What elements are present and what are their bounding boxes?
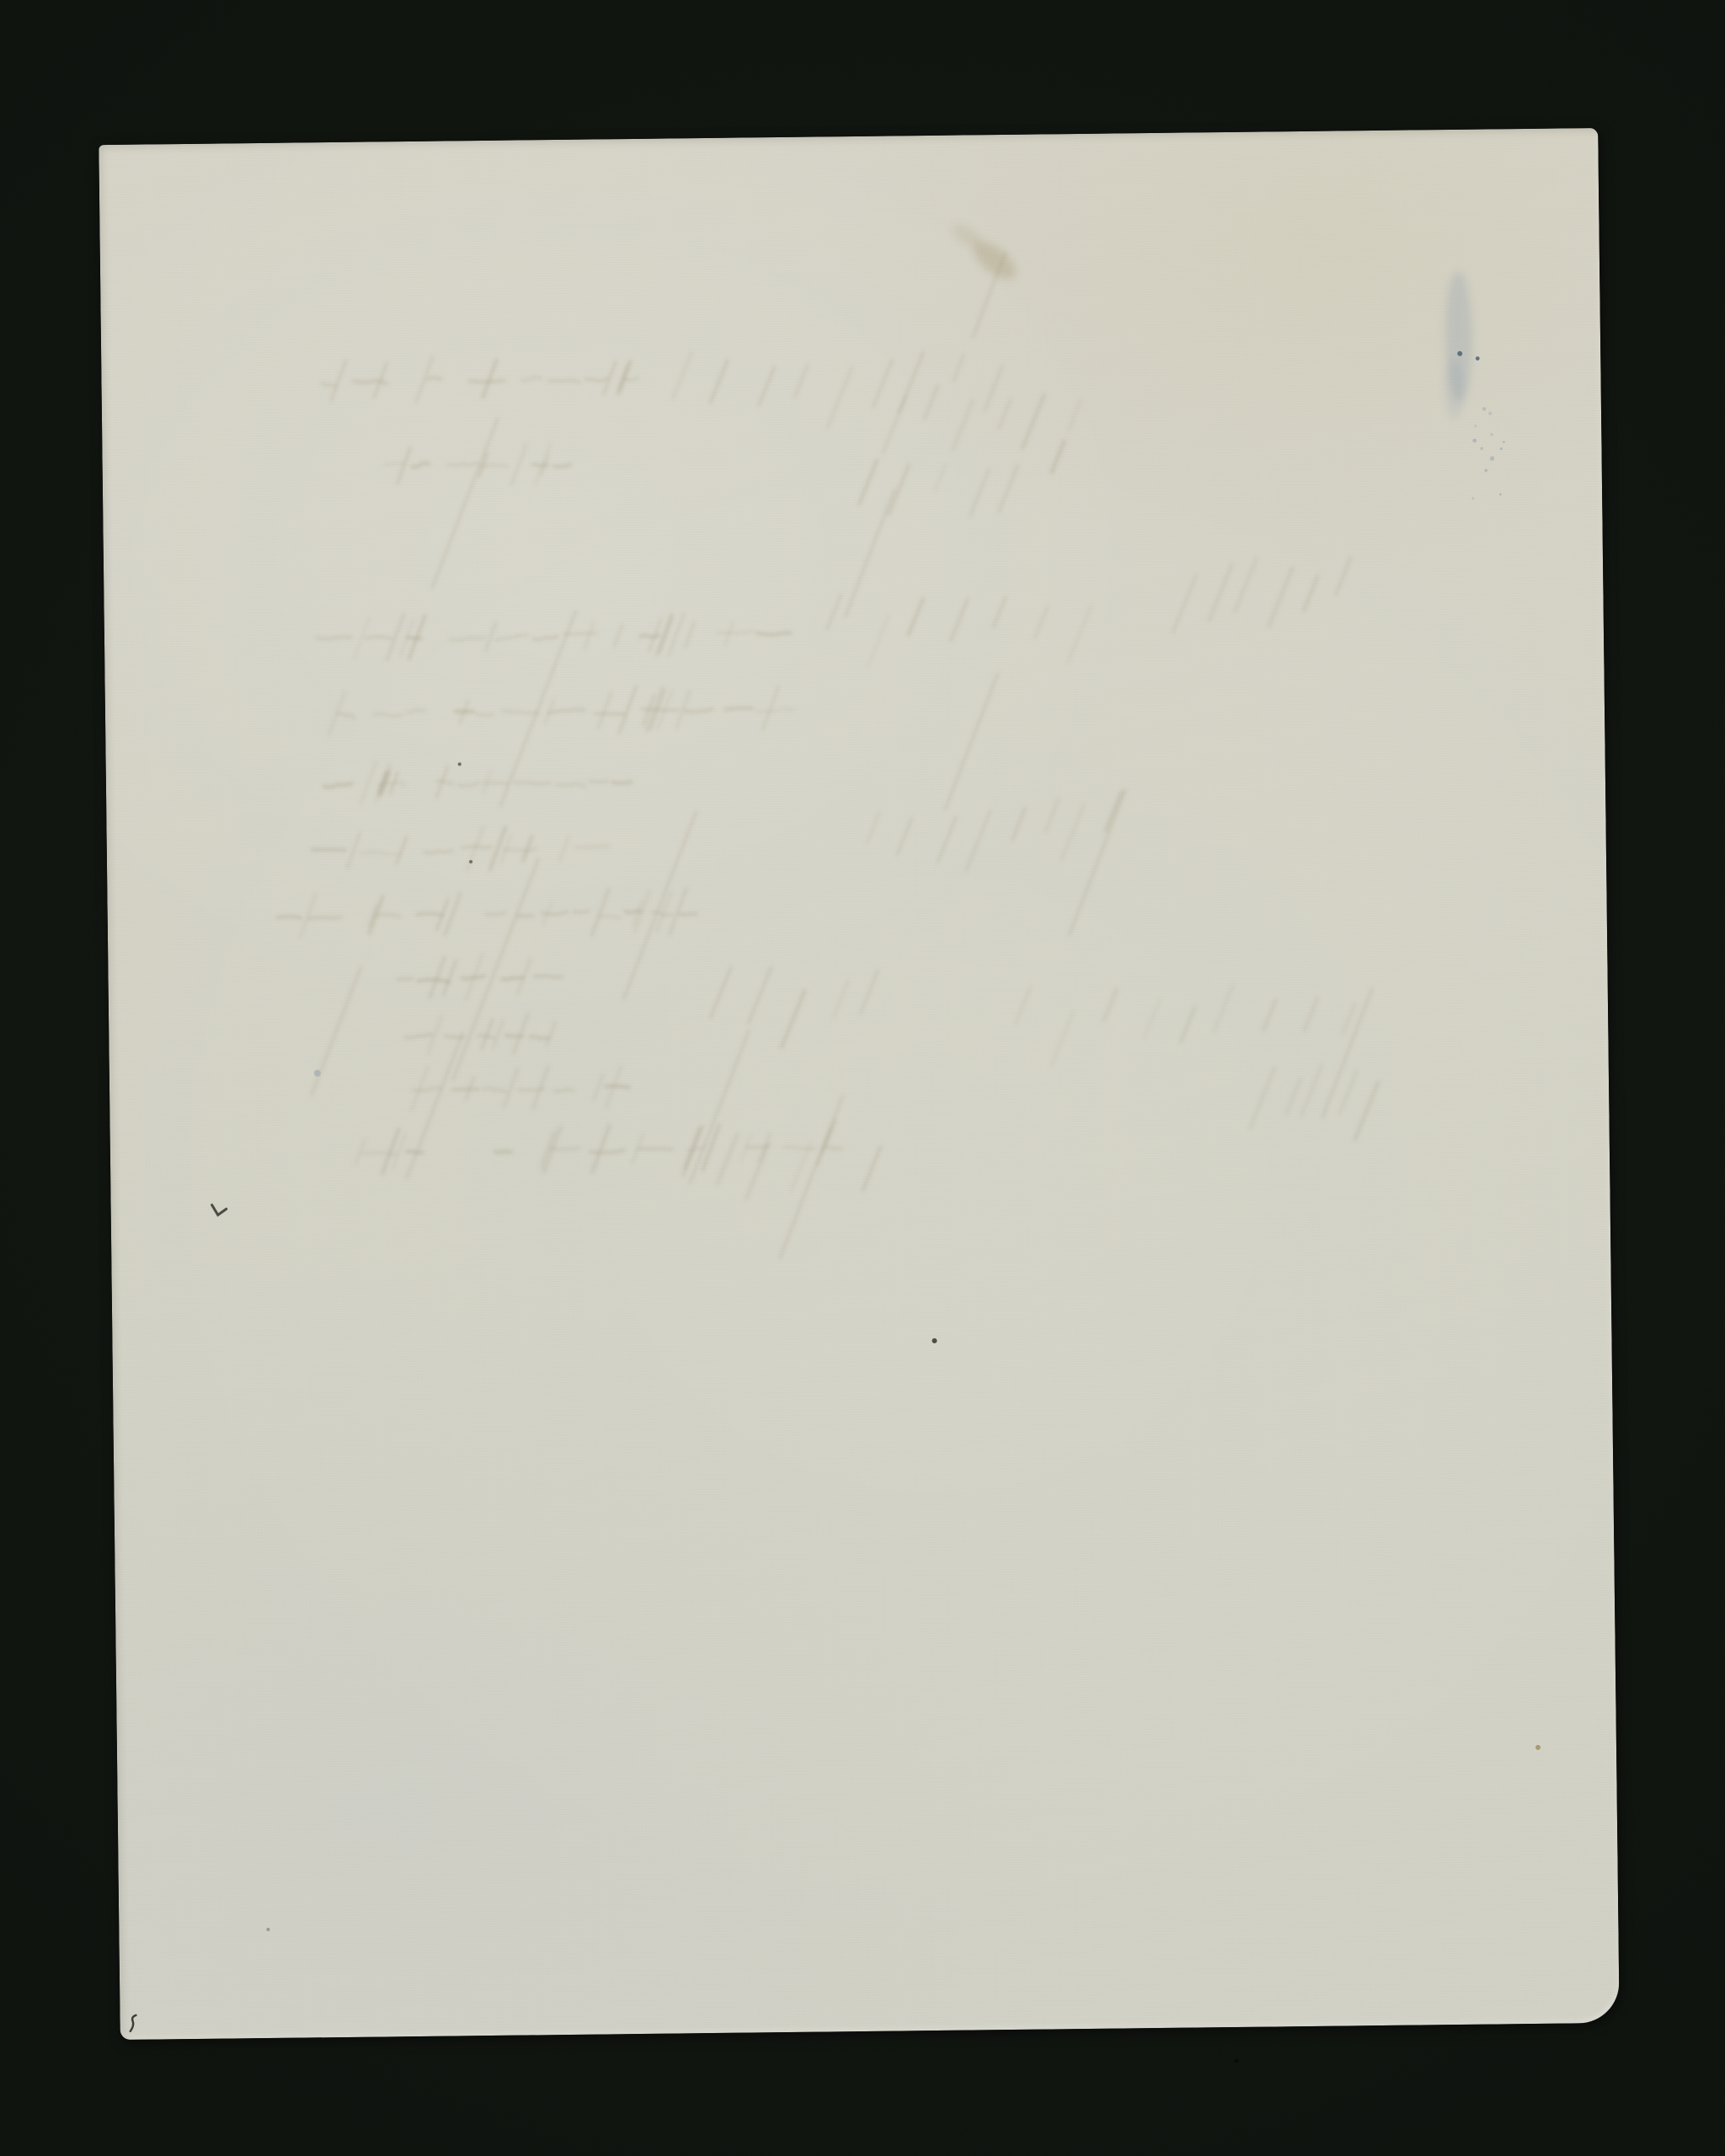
- stain-marks: [949, 220, 1022, 286]
- bleed-diagonal: [993, 597, 1006, 627]
- blue-ink-dot: [1476, 356, 1480, 360]
- bleed-diagonal: [965, 811, 991, 871]
- bleed-run: [827, 1146, 842, 1149]
- bleed-run: [398, 979, 413, 979]
- bleed-run: [756, 709, 793, 712]
- bleed-run: [486, 913, 505, 915]
- bleed-tick: [511, 445, 526, 483]
- bleed-run: [323, 383, 336, 386]
- bleed-run: [530, 1037, 548, 1039]
- bleed-run: [574, 910, 590, 913]
- bleed-diagonal: [998, 399, 1011, 429]
- bleed-descender: [430, 419, 499, 588]
- scan-backdrop: [0, 0, 1725, 2156]
- blue-speckle: [1474, 424, 1477, 427]
- bleed-run: [495, 635, 527, 639]
- bleed-tick: [331, 360, 347, 400]
- bleed-diagonal: [883, 396, 907, 453]
- bleed-run: [437, 781, 452, 784]
- bleed-run: [417, 913, 443, 915]
- bleed-diagonal: [710, 360, 728, 402]
- bleed-tick: [559, 835, 569, 861]
- bleed-diagonal: [1249, 1069, 1274, 1129]
- bleed-tick: [504, 1070, 518, 1106]
- bleed-diagonal: [969, 470, 990, 516]
- blue-speckle: [1471, 497, 1474, 499]
- bleed-descender: [943, 674, 999, 809]
- bleed-diagonal: [1339, 1071, 1357, 1113]
- blue-speckle: [1491, 433, 1493, 435]
- bleed-run: [757, 632, 791, 635]
- paper-sheet: [99, 128, 1619, 2040]
- bleed-diagonal: [1016, 988, 1031, 1023]
- bleed-tick: [493, 1020, 504, 1048]
- bleed-diagonal: [897, 819, 912, 854]
- bleed-diagonal: [868, 616, 889, 666]
- bleed-run: [599, 915, 621, 918]
- speck: [932, 1338, 937, 1343]
- bleed-tick: [443, 961, 457, 995]
- bleed-tick: [547, 1022, 555, 1044]
- bleed-run: [518, 915, 533, 916]
- bleed-run: [373, 713, 403, 716]
- bleed-run: [413, 1088, 441, 1091]
- bleed-run: [590, 1150, 624, 1153]
- bleed-run: [407, 1151, 423, 1153]
- bleed-diagonal: [794, 366, 808, 397]
- bleed-diagonal: [710, 967, 732, 1017]
- bleed-diagonal: [908, 599, 923, 634]
- bleed-run: [503, 711, 538, 714]
- blue-ink-mark: [1444, 270, 1505, 499]
- bleed-tick: [685, 622, 695, 647]
- bleed-diagonal: [781, 990, 805, 1048]
- bleed-diagonal: [827, 368, 853, 428]
- paper-specks: [116, 750, 1544, 2031]
- bleed-diagonal: [889, 465, 910, 514]
- bleed-diagonal: [1354, 1082, 1379, 1139]
- bleed-diagonal: [1286, 1080, 1300, 1113]
- bleed-diagonal: [985, 367, 1003, 410]
- bleed-diagonal: [826, 595, 841, 629]
- bleed-run: [502, 977, 522, 979]
- bleed-run: [317, 637, 351, 638]
- bleed-diagonal: [1213, 985, 1233, 1033]
- bleed-run: [428, 377, 441, 379]
- bleed-run: [535, 975, 563, 977]
- bleed-tick: [513, 1014, 528, 1053]
- bleed-run: [514, 782, 549, 784]
- bleed-diagonal: [860, 970, 879, 1014]
- blue-speckle: [1472, 439, 1477, 443]
- bleed-run: [447, 463, 478, 466]
- bleed-diagonal: [1012, 808, 1026, 840]
- bleed-tick: [762, 686, 779, 729]
- bleed-run: [686, 709, 713, 712]
- bleed-run: [407, 637, 421, 638]
- bleed-run: [376, 915, 399, 917]
- bleed-run: [324, 784, 351, 787]
- bleed-descender: [778, 1097, 844, 1257]
- bleed-diagonal: [1104, 990, 1118, 1020]
- speck: [266, 1928, 270, 1931]
- bleed-tick: [360, 762, 377, 804]
- bleed-tick: [591, 889, 609, 935]
- bleed-run: [366, 637, 392, 638]
- bleed-run: [482, 465, 508, 467]
- bleed-run: [425, 851, 453, 852]
- bleed-run: [361, 851, 399, 855]
- bleed-diagonal: [1068, 401, 1081, 430]
- bleed-diagonal: [1303, 576, 1317, 611]
- bleed-tick: [619, 686, 637, 733]
- bleed-run: [576, 846, 609, 847]
- bleed-run: [495, 1151, 511, 1152]
- bleed-diagonal: [717, 1134, 738, 1183]
- bleed-diagonal: [937, 817, 957, 862]
- bleed-run: [612, 782, 631, 783]
- bleed-diagonal: [1300, 1065, 1322, 1117]
- bleed-descender: [844, 489, 896, 616]
- bleed-diagonal: [672, 353, 692, 398]
- bleed-diagonal: [953, 400, 974, 449]
- bleed-tick: [300, 894, 317, 937]
- bleed-run: [725, 708, 752, 710]
- bleed-diagonal: [1061, 805, 1085, 860]
- bleed-diagonal: [1051, 1011, 1075, 1065]
- bleed-run: [557, 784, 585, 787]
- bleed-diagonal: [748, 968, 772, 1024]
- bleed-tick: [347, 833, 360, 868]
- bleed-run: [354, 381, 387, 384]
- bleed-diagonal: [859, 461, 878, 504]
- bleed-run: [405, 1034, 431, 1038]
- bleed-run: [312, 849, 345, 851]
- bleed-diagonal: [1051, 441, 1065, 472]
- bleed-run: [681, 914, 697, 915]
- bleed-diagonal: [1235, 558, 1258, 611]
- bleed-run: [590, 781, 608, 782]
- bleed-run: [784, 1146, 815, 1149]
- bleed-diagonal: [1304, 999, 1317, 1030]
- bleed-run: [585, 378, 607, 382]
- bleed-run: [564, 633, 597, 634]
- ink-bleed-strokes: [270, 248, 1381, 1263]
- bleed-run: [408, 710, 425, 712]
- bleed-run: [638, 1149, 672, 1150]
- blue-speckle: [1480, 447, 1483, 451]
- bleed-tick: [603, 361, 616, 393]
- bleed-tick: [430, 958, 445, 997]
- bleed-diagonal: [935, 465, 946, 490]
- bleed-diagonal: [1022, 395, 1044, 448]
- bleed-diagonal: [1336, 558, 1352, 595]
- bleed-run: [521, 377, 540, 381]
- speck: [1535, 1745, 1541, 1750]
- bleed-run: [554, 465, 570, 467]
- bleed-run: [606, 1086, 628, 1087]
- bleed-diagonal: [1144, 1001, 1160, 1038]
- paper-fiber: [130, 2015, 136, 2031]
- bleed-run: [451, 638, 484, 640]
- bleed-diagonal: [1045, 798, 1060, 831]
- bleed-run: [504, 849, 536, 851]
- bleed-run: [477, 713, 494, 715]
- bleed-tick: [397, 837, 407, 863]
- bleed-diagonal: [953, 355, 964, 381]
- bleed-run: [338, 713, 354, 718]
- bleed-descender: [1068, 790, 1127, 934]
- bleed-tick: [598, 692, 611, 728]
- bleed-diagonal: [759, 367, 775, 405]
- bleed-run: [549, 709, 585, 712]
- bleed-diagonal: [1105, 792, 1122, 831]
- bleed-tick: [397, 448, 410, 483]
- bleed-diagonal: [833, 981, 849, 1017]
- bleed-run: [278, 916, 301, 918]
- blue-speckle: [1500, 447, 1503, 450]
- bleed-tick: [382, 1129, 398, 1173]
- bleed-run: [549, 380, 579, 382]
- bleed-tick: [615, 626, 622, 646]
- bleed-diagonal: [1034, 607, 1048, 638]
- bleed-diagonal: [1067, 606, 1092, 663]
- bleed-tick: [533, 1067, 549, 1108]
- bleed-diagonal: [1180, 1007, 1194, 1042]
- bleed-diagonal: [924, 387, 937, 419]
- bleed-diagonal: [862, 1147, 881, 1190]
- blue-speckle: [1503, 440, 1505, 443]
- bleed-diagonal: [1263, 1001, 1276, 1030]
- bleed-run: [483, 1088, 505, 1092]
- bleed-run: [533, 636, 558, 639]
- blue-speckle: [1482, 407, 1486, 410]
- bleed-diagonal: [1209, 564, 1232, 620]
- bleed-descender: [622, 812, 697, 998]
- blue-speckle: [1484, 469, 1487, 472]
- bleed-diagonal: [1343, 1004, 1355, 1033]
- backdrop-dust: [1235, 2059, 1239, 2063]
- blue-speckle: [1490, 456, 1494, 461]
- blue-speckle: [1488, 412, 1493, 416]
- bleed-run: [309, 917, 341, 919]
- bleed-diagonal: [873, 360, 893, 407]
- bleed-tick: [485, 623, 495, 650]
- bleed-diagonal: [745, 1143, 770, 1199]
- blue-speckle: [1499, 494, 1502, 496]
- bleed-diagonal: [1268, 568, 1293, 627]
- speck: [458, 762, 462, 766]
- bleed-run: [386, 463, 404, 465]
- bleed-run: [595, 713, 623, 714]
- bleed-run: [412, 463, 429, 467]
- bleed-run: [718, 631, 753, 633]
- bleed-diagonal: [867, 813, 879, 843]
- bleed-tick: [594, 1075, 604, 1100]
- bleed-tick: [592, 1126, 610, 1172]
- bleed-diagonal: [682, 1127, 703, 1176]
- bleed-diagonal: [1172, 575, 1197, 632]
- bleed-run: [554, 1090, 573, 1091]
- bleed-tick: [483, 360, 497, 398]
- bleed-diagonal: [950, 599, 968, 640]
- check-fleck: [212, 1205, 227, 1215]
- ink-bleed-svg: [99, 128, 1619, 2040]
- bleed-tick: [584, 623, 594, 649]
- bleed-run: [453, 1089, 478, 1090]
- dust-speck: [1235, 2059, 1239, 2063]
- bleed-run: [458, 783, 478, 787]
- bleed-diagonal: [998, 466, 1017, 511]
